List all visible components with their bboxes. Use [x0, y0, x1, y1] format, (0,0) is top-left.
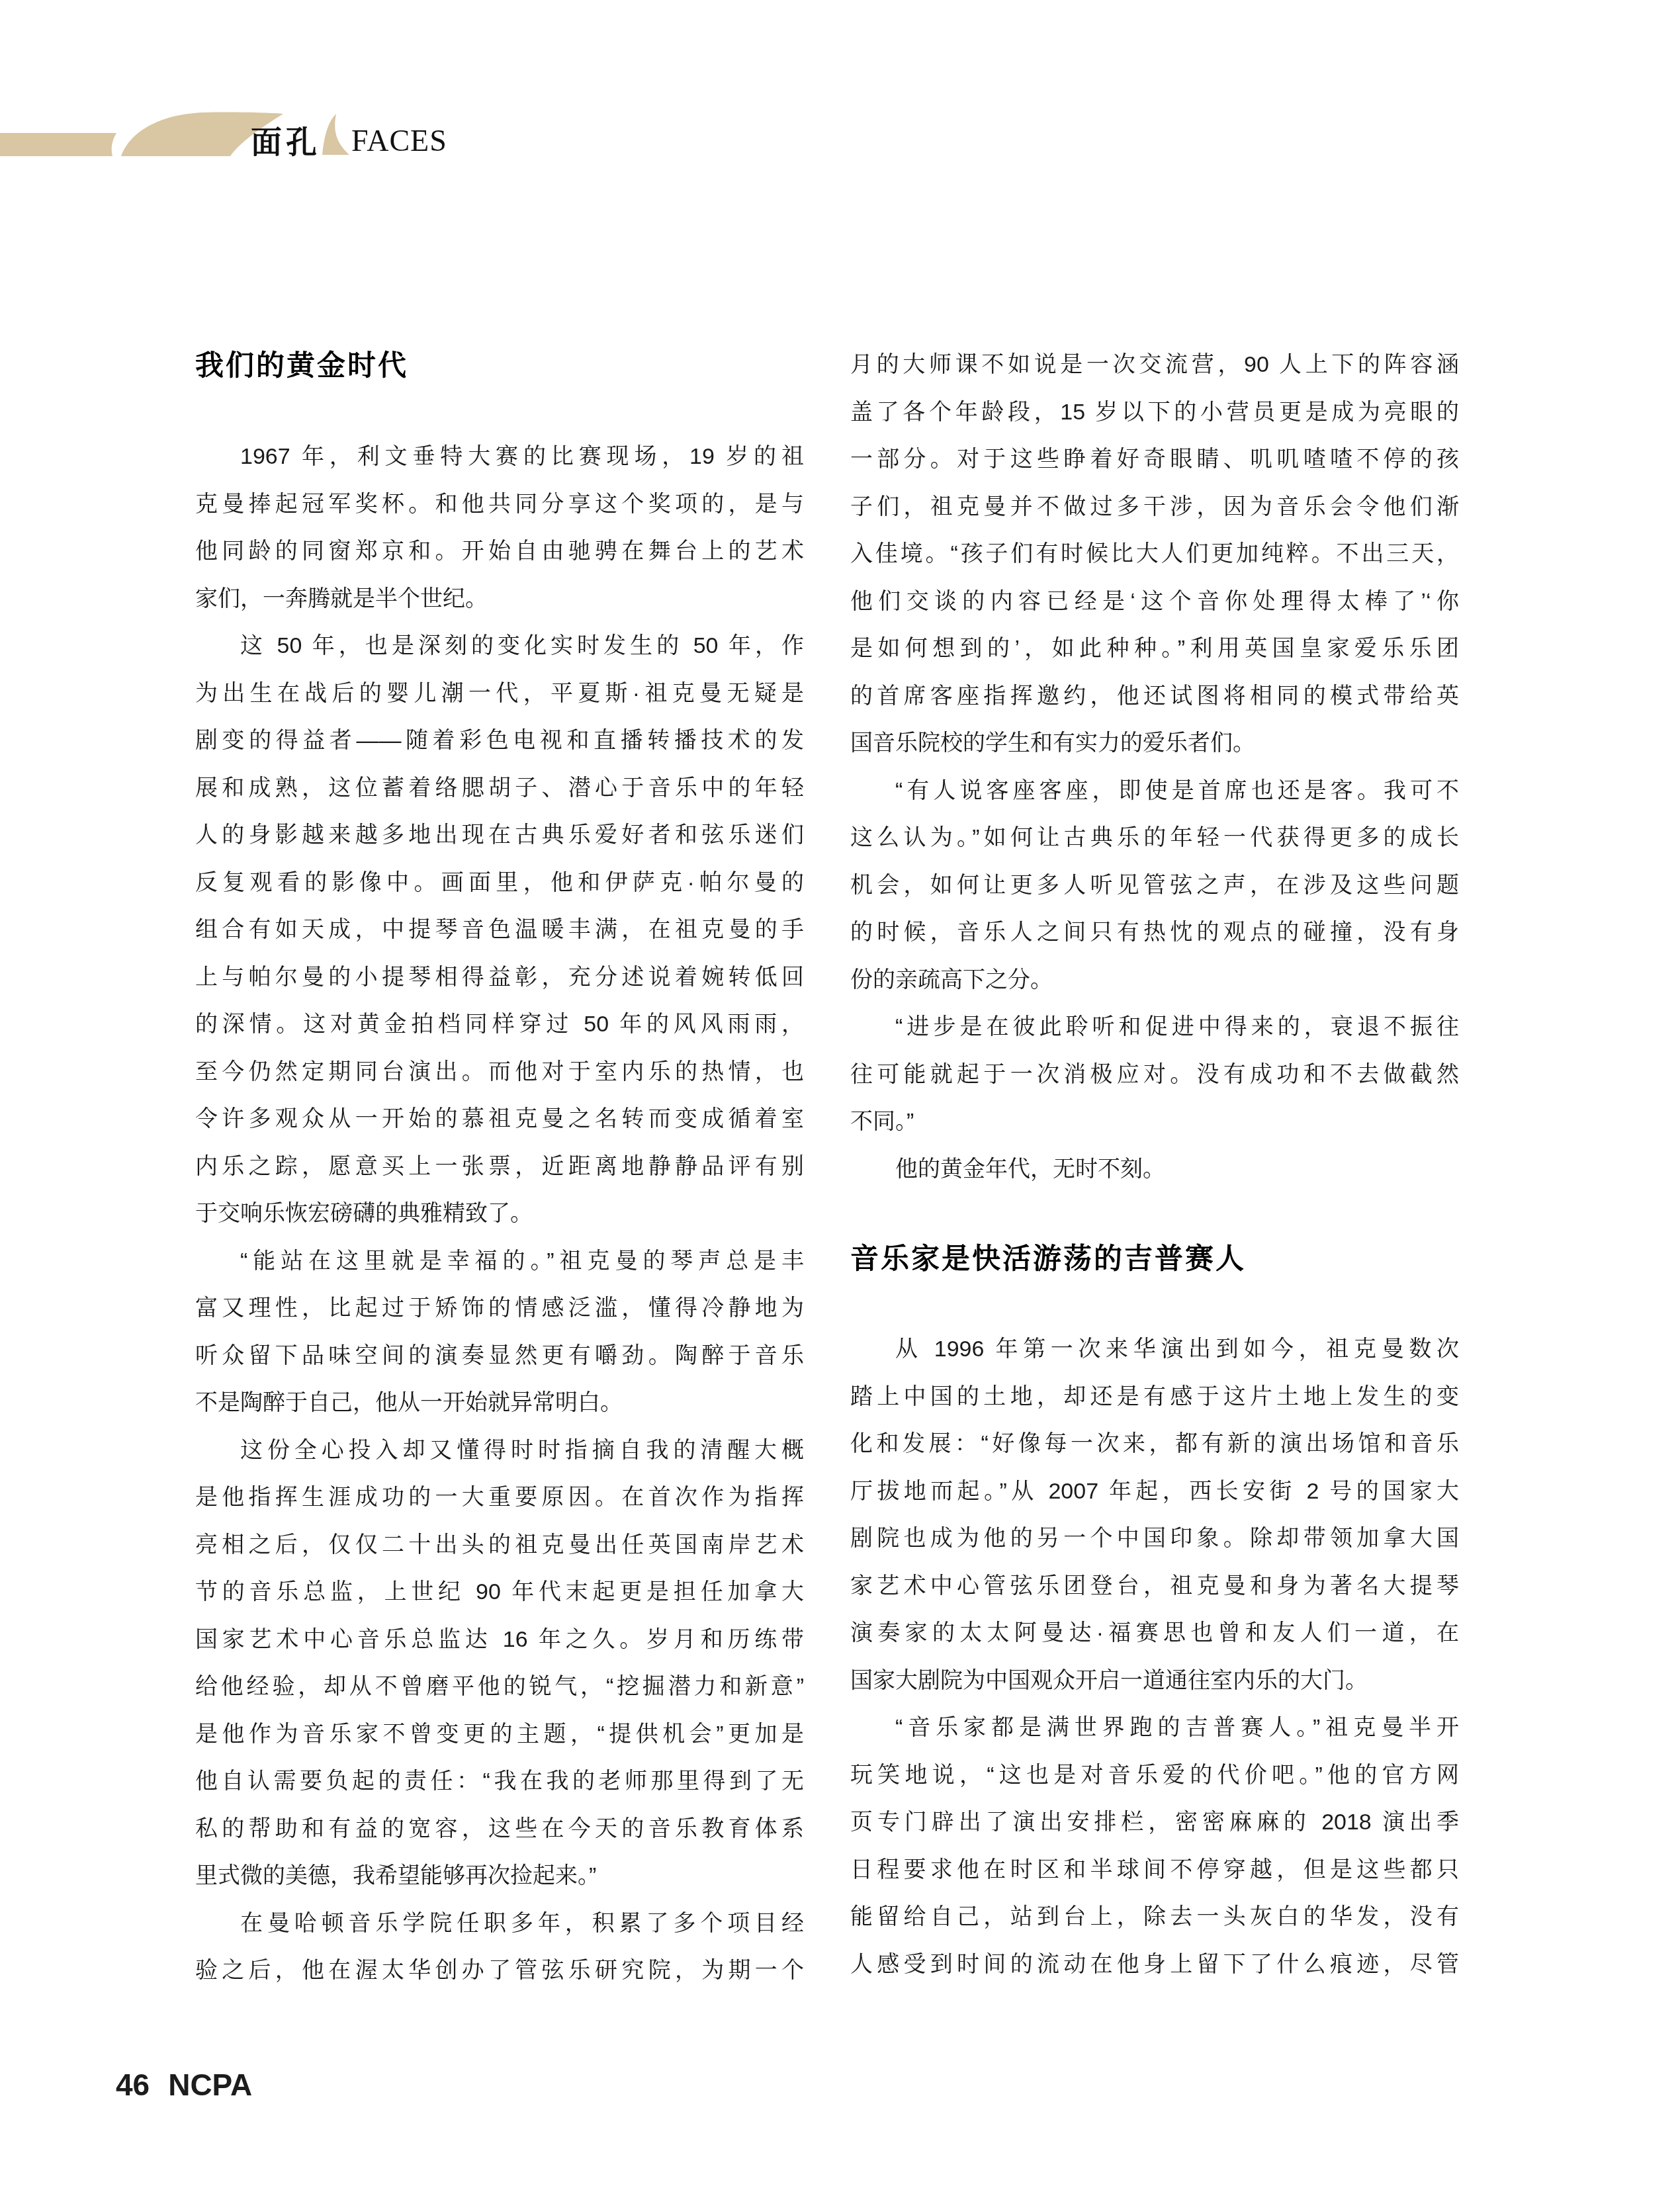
text-line: 机会，如何让更多人听见管弦之声，在涉及这些问题: [850, 862, 1459, 910]
text-line: 上与帕尔曼的小提琴相得益彰，充分述说着婉转低回: [195, 954, 804, 1002]
text-line: 他的黄金年代，无时不刻。: [850, 1146, 1459, 1194]
text-line: 富又理性，比起过于矫饰的情感泛滥，懂得冷静地为: [195, 1285, 804, 1333]
text-line: 月的大师课不如说是一次交流营，90 人上下的阵容涵: [850, 341, 1459, 389]
text-line: 能留给自己，站到台上，除去一头灰白的华发，没有: [850, 1894, 1459, 1941]
text-line: 验之后，他在渥太华创办了管弦乐研究院，为期一个: [195, 1947, 804, 1995]
text-line: 私的帮助和有益的宽容，这些在今天的音乐教育体系: [195, 1806, 804, 1853]
text-line: 页专门辟出了演出安排栏，密密麻麻的 2018 演出季: [850, 1799, 1459, 1847]
text-line: 化和发展：“好像每一次来，都有新的演出场馆和音乐: [850, 1421, 1459, 1468]
left-column-body: 1967 年，利文垂特大赛的比赛现场，19 岁的祖克曼捧起冠军奖杯。和他共同分享…: [195, 433, 804, 1995]
text-line: 的首席客座指挥邀约，他还试图将相同的模式带给英: [850, 673, 1459, 721]
text-line: 踏上中国的土地，却还是有感于这片土地上发生的变: [850, 1374, 1459, 1421]
text-line: 1967 年，利文垂特大赛的比赛现场，19 岁的祖: [195, 433, 804, 481]
text-line: 展和成熟，这位蓄着络腮胡子、潜心于音乐中的年轻: [195, 765, 804, 812]
text-line: 国家大剧院为中国观众开启一道通往室内乐的大门。: [850, 1657, 1459, 1705]
text-line: 反复观看的影像中。画面里，他和伊萨克·帕尔曼的: [195, 859, 804, 907]
text-line: “能站在这里就是幸福的。”祖克曼的琴声总是丰: [195, 1238, 804, 1286]
text-line: 不是陶醉于自己，他从一开始就异常明白。: [195, 1379, 804, 1427]
text-line: 他们交谈的内容已经是‘这个音你处理得太棒了’‘你: [850, 578, 1459, 626]
text-line: 家艺术中心管弦乐团登台，祖克曼和身为著名大提琴: [850, 1563, 1459, 1610]
text-line: 是他指挥生涯成功的一大重要原因。在首次作为指挥: [195, 1474, 804, 1522]
text-line: 听众留下品味空间的演奏显然更有嚼劲。陶醉于音乐: [195, 1333, 804, 1380]
text-line: 日程要求他在时区和半球间不停穿越，但是这些都只: [850, 1847, 1459, 1894]
text-line: 克曼捧起冠军奖杯。和他共同分享这个奖项的，是与: [195, 481, 804, 529]
heading-our-golden-age: 我们的黄金时代: [195, 346, 408, 386]
text-line: 这 50 年，也是深刻的变化实时发生的 50 年，作: [195, 623, 804, 670]
text-line: 往可能就起于一次消极应对。没有成功和不去做截然: [850, 1051, 1459, 1099]
text-line: 是如何想到的’，如此种种。”利用英国皇家爱乐乐团: [850, 625, 1459, 673]
text-line: 人的身影越来越多地出现在古典乐爱好者和弦乐迷们: [195, 812, 804, 859]
magazine-page: 面孔 FACES 我们的黄金时代 1967 年，利文垂特大赛的比赛现场，19 岁…: [0, 0, 1680, 2188]
text-line: 人感受到时间的流动在他身上留下了什么痕迹，尽管: [850, 1941, 1459, 1989]
text-line: 国音乐院校的学生和有实力的爱乐者们。: [850, 720, 1459, 767]
text-line: 这么认为。”如何让古典乐的年轻一代获得更多的成长: [850, 814, 1459, 862]
text-line: 厅拔地而起。”从 2007 年起，西长安街 2 号的国家大: [850, 1468, 1459, 1516]
text-line: 国家艺术中心音乐总监达 16 年之久。岁月和历练带: [195, 1616, 804, 1664]
text-line: 的深情。这对黄金拍档同样穿过 50 年的风风雨雨，: [195, 1001, 804, 1049]
section-title-chinese: 面孔: [251, 126, 321, 157]
text-line: 玩笑地说，“这也是对音乐爱的代价吧。”他的官方网: [850, 1752, 1459, 1800]
banner-bar-shape: [0, 133, 116, 156]
text-line: 是他作为音乐家不曾变更的主题，“提供机会”更加是: [195, 1711, 804, 1759]
text-line: 亮相之后，仅仅二十出头的祖克曼出任英国南岸艺术: [195, 1522, 804, 1569]
text-line: 他同龄的同窗郑京和。开始自由驰骋在舞台上的艺术: [195, 528, 804, 576]
text-line: 剧院也成为他的另一个中国印象。除却带领加拿大国: [850, 1515, 1459, 1563]
text-line: 他自认需要负起的责任：“我在我的老师那里得到了无: [195, 1758, 804, 1806]
text-line: 在曼哈顿音乐学院任职多年，积累了多个项目经: [195, 1900, 804, 1948]
text-line: 节的音乐总监，上世纪 90 年代末起更是担任加拿大: [195, 1569, 804, 1616]
text-line: 家们，一奔腾就是半个世纪。: [195, 576, 804, 623]
page-footer: 46 NCPA: [116, 2068, 252, 2101]
text-line: “进步是在彼此聆听和促进中得来的，衰退不振往: [850, 1004, 1459, 1051]
text-line: 的时候，音乐人之间只有热忱的观点的碰撞，没有身: [850, 909, 1459, 957]
publication-name: NCPA: [168, 2068, 252, 2101]
text-line: 这份全心投入却又懂得时时指摘自我的清醒大概: [195, 1427, 804, 1475]
text-line: “有人说客座客座，即使是首席也还是客。我可不: [850, 767, 1459, 815]
text-line: 至今仍然定期同台演出。而他对于室内乐的热情，也: [195, 1049, 804, 1096]
section-title-english: FACES: [351, 126, 447, 156]
right-column-body-top: 月的大师课不如说是一次交流营，90 人上下的阵容涵盖了各个年龄段，15 岁以下的…: [850, 341, 1459, 1193]
text-line: 不同。”: [850, 1098, 1459, 1146]
text-line: 盖了各个年龄段，15 岁以下的小营员更是成为亮眼的: [850, 389, 1459, 437]
text-line: 剧变的得益者——随着彩色电视和直播转播技术的发: [195, 717, 804, 765]
text-line: 里式微的美德，我希望能够再次捡起来。”: [195, 1853, 804, 1900]
text-line: 子们，祖克曼并不做过多干涉，因为音乐会令他们渐: [850, 484, 1459, 531]
text-line: 内乐之踪，愿意买上一张票，近距离地静静品评有别: [195, 1143, 804, 1191]
heading-musician-gypsy: 音乐家是快活游荡的吉普赛人: [850, 1239, 1246, 1279]
text-line: “音乐家都是满世界跑的吉普赛人。”祖克曼半开: [850, 1704, 1459, 1752]
text-line: 给他经验，却从不曾磨平他的锐气，“挖掘潜力和新意”: [195, 1663, 804, 1711]
text-line: 令许多观众从一开始的慕祖克曼之名转而变成循着室: [195, 1096, 804, 1143]
text-line: 份的亲疏高下之分。: [850, 957, 1459, 1004]
right-column-body-bottom: 从 1996 年第一次来华演出到如今，祖克曼数次踏上中国的土地，却还是有感于这片…: [850, 1326, 1459, 1988]
text-line: 一部分。对于这些睁着好奇眼睛、叽叽喳喳不停的孩: [850, 436, 1459, 484]
page-number: 46: [116, 2068, 150, 2101]
banner-small-petal-shape: [322, 114, 349, 155]
text-line: 入佳境。“孩子们有时候比大人们更加纯粹。不出三天，: [850, 531, 1459, 578]
text-line: 为出生在战后的婴儿潮一代，平夏斯·祖克曼无疑是: [195, 670, 804, 718]
text-line: 演奏家的太太阿曼达·福赛思也曾和友人们一道，在: [850, 1610, 1459, 1657]
text-line: 从 1996 年第一次来华演出到如今，祖克曼数次: [850, 1326, 1459, 1374]
text-line: 组合有如天成，中提琴音色温暖丰满，在祖克曼的手: [195, 906, 804, 954]
text-line: 于交响乐恢宏磅礴的典雅精致了。: [195, 1190, 804, 1238]
